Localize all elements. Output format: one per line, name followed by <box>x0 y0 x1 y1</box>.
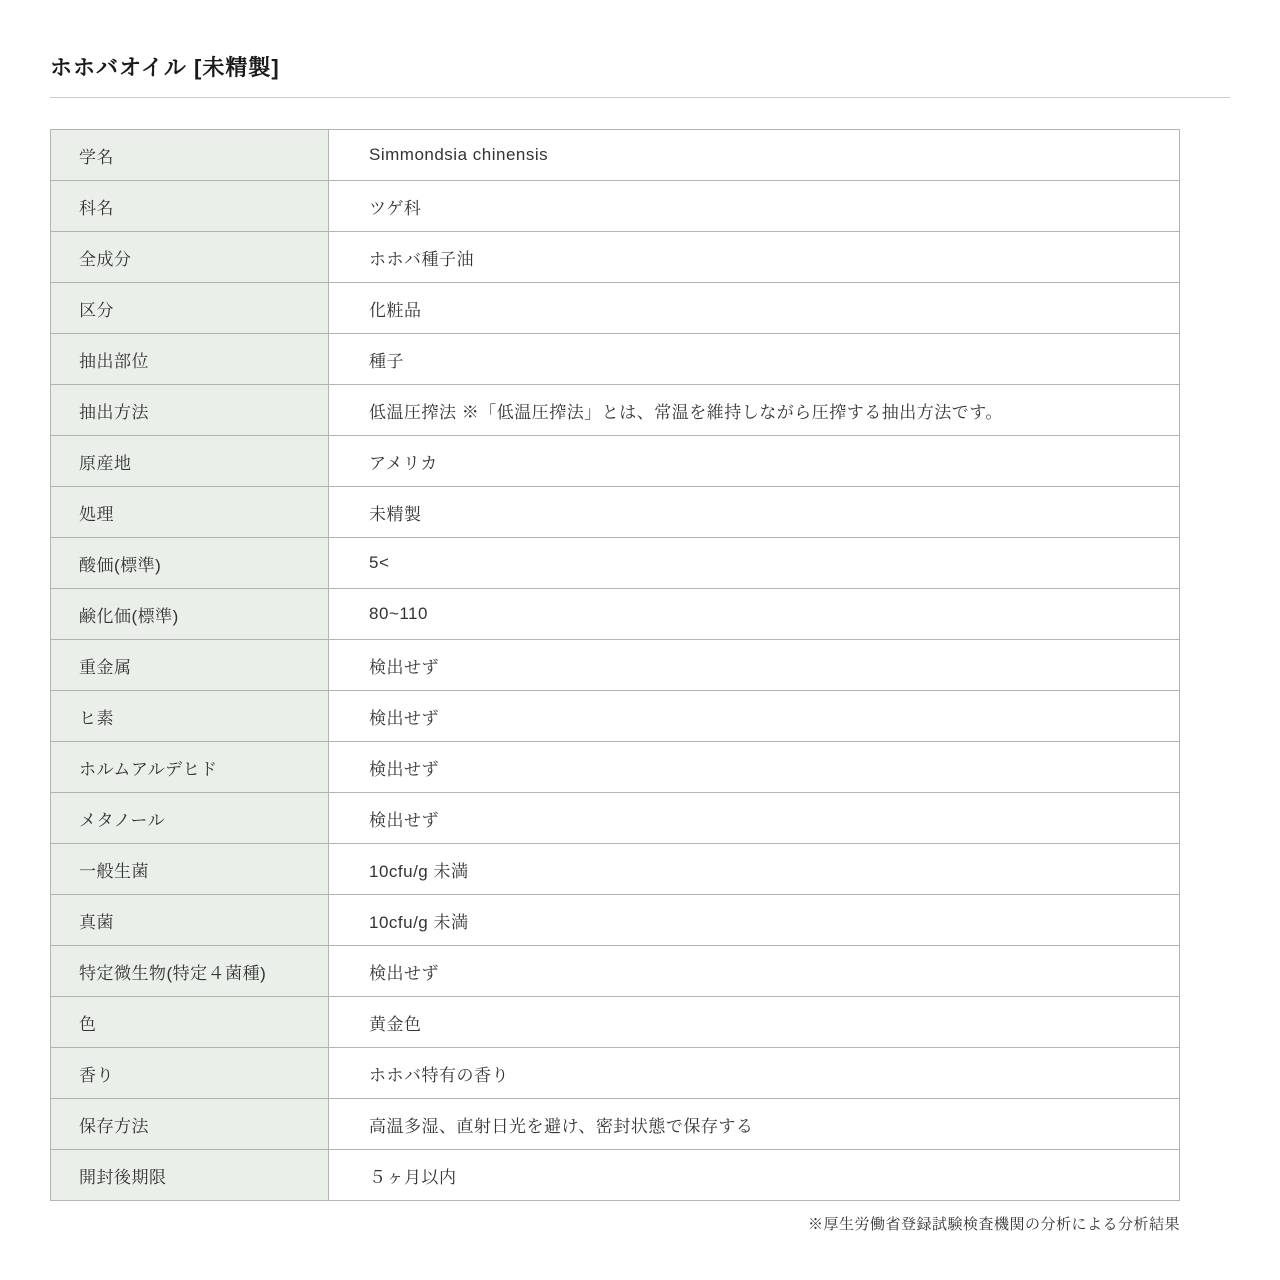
spec-value-cell: 5< <box>329 538 1180 589</box>
spec-label-cell: 香り <box>51 1048 329 1099</box>
table-row: ヒ素検出せず <box>51 691 1180 742</box>
table-row: 科名ツゲ科 <box>51 181 1180 232</box>
spec-value-cell: 検出せず <box>329 946 1180 997</box>
title-divider <box>50 97 1230 98</box>
spec-value-cell: ホホバ種子油 <box>329 232 1180 283</box>
spec-value-cell: 種子 <box>329 334 1180 385</box>
spec-value-cell: 10cfu/g 未満 <box>329 895 1180 946</box>
spec-value-cell: 高温多湿、直射日光を避け、密封状態で保存する <box>329 1099 1180 1150</box>
spec-label-cell: 一般生菌 <box>51 844 329 895</box>
table-row: 全成分ホホバ種子油 <box>51 232 1180 283</box>
spec-value-cell: 検出せず <box>329 691 1180 742</box>
spec-value-cell: 化粧品 <box>329 283 1180 334</box>
table-row: 保存方法高温多湿、直射日光を避け、密封状態で保存する <box>51 1099 1180 1150</box>
table-row: 処理未精製 <box>51 487 1180 538</box>
table-row: 鹸化価(標準)80~110 <box>51 589 1180 640</box>
spec-label-cell: 開封後期限 <box>51 1150 329 1201</box>
analysis-footnote: ※厚生労働省登録試験検査機関の分析による分析結果 <box>50 1213 1180 1234</box>
spec-table-body: 学名Simmondsia chinensis科名ツゲ科全成分ホホバ種子油区分化粧… <box>51 130 1180 1201</box>
table-row: 開封後期限５ヶ月以内 <box>51 1150 1180 1201</box>
spec-label-cell: 酸価(標準) <box>51 538 329 589</box>
spec-label-cell: メタノール <box>51 793 329 844</box>
spec-value-cell: Simmondsia chinensis <box>329 130 1180 181</box>
table-row: 抽出方法低温圧搾法 ※「低温圧搾法」とは、常温を維持しながら圧搾する抽出方法です… <box>51 385 1180 436</box>
spec-value-cell: 検出せず <box>329 640 1180 691</box>
spec-label-cell: ホルムアルデヒド <box>51 742 329 793</box>
table-row: ホルムアルデヒド検出せず <box>51 742 1180 793</box>
spec-label-cell: ヒ素 <box>51 691 329 742</box>
table-row: メタノール検出せず <box>51 793 1180 844</box>
table-row: 色黄金色 <box>51 997 1180 1048</box>
spec-label-cell: 真菌 <box>51 895 329 946</box>
spec-label-cell: 科名 <box>51 181 329 232</box>
spec-value-cell: 黄金色 <box>329 997 1180 1048</box>
table-row: 抽出部位種子 <box>51 334 1180 385</box>
table-row: 重金属検出せず <box>51 640 1180 691</box>
table-row: 特定微生物(特定４菌種)検出せず <box>51 946 1180 997</box>
spec-value-cell: ホホバ特有の香り <box>329 1048 1180 1099</box>
spec-label-cell: 特定微生物(特定４菌種) <box>51 946 329 997</box>
spec-value-cell: アメリカ <box>329 436 1180 487</box>
product-spec-page: ホホバオイル [未精製] 学名Simmondsia chinensis科名ツゲ科… <box>0 0 1280 1280</box>
spec-value-cell: 検出せず <box>329 793 1180 844</box>
spec-value-cell: ５ヶ月以内 <box>329 1150 1180 1201</box>
spec-label-cell: 保存方法 <box>51 1099 329 1150</box>
table-row: 区分化粧品 <box>51 283 1180 334</box>
spec-label-cell: 区分 <box>51 283 329 334</box>
spec-value-cell: ツゲ科 <box>329 181 1180 232</box>
spec-label-cell: 処理 <box>51 487 329 538</box>
table-row: 原産地アメリカ <box>51 436 1180 487</box>
table-row: 酸価(標準)5< <box>51 538 1180 589</box>
table-row: 真菌10cfu/g 未満 <box>51 895 1180 946</box>
spec-table: 学名Simmondsia chinensis科名ツゲ科全成分ホホバ種子油区分化粧… <box>50 129 1180 1201</box>
table-row: 学名Simmondsia chinensis <box>51 130 1180 181</box>
spec-label-cell: 抽出部位 <box>51 334 329 385</box>
spec-label-cell: 抽出方法 <box>51 385 329 436</box>
spec-value-cell: 低温圧搾法 ※「低温圧搾法」とは、常温を維持しながら圧搾する抽出方法です。 <box>329 385 1180 436</box>
spec-label-cell: 色 <box>51 997 329 1048</box>
table-row: 一般生菌10cfu/g 未満 <box>51 844 1180 895</box>
spec-label-cell: 原産地 <box>51 436 329 487</box>
page-title: ホホバオイル [未精製] <box>50 0 1230 82</box>
table-row: 香りホホバ特有の香り <box>51 1048 1180 1099</box>
spec-value-cell: 80~110 <box>329 589 1180 640</box>
spec-label-cell: 全成分 <box>51 232 329 283</box>
spec-value-cell: 10cfu/g 未満 <box>329 844 1180 895</box>
spec-label-cell: 学名 <box>51 130 329 181</box>
spec-label-cell: 重金属 <box>51 640 329 691</box>
spec-value-cell: 未精製 <box>329 487 1180 538</box>
spec-label-cell: 鹸化価(標準) <box>51 589 329 640</box>
spec-value-cell: 検出せず <box>329 742 1180 793</box>
